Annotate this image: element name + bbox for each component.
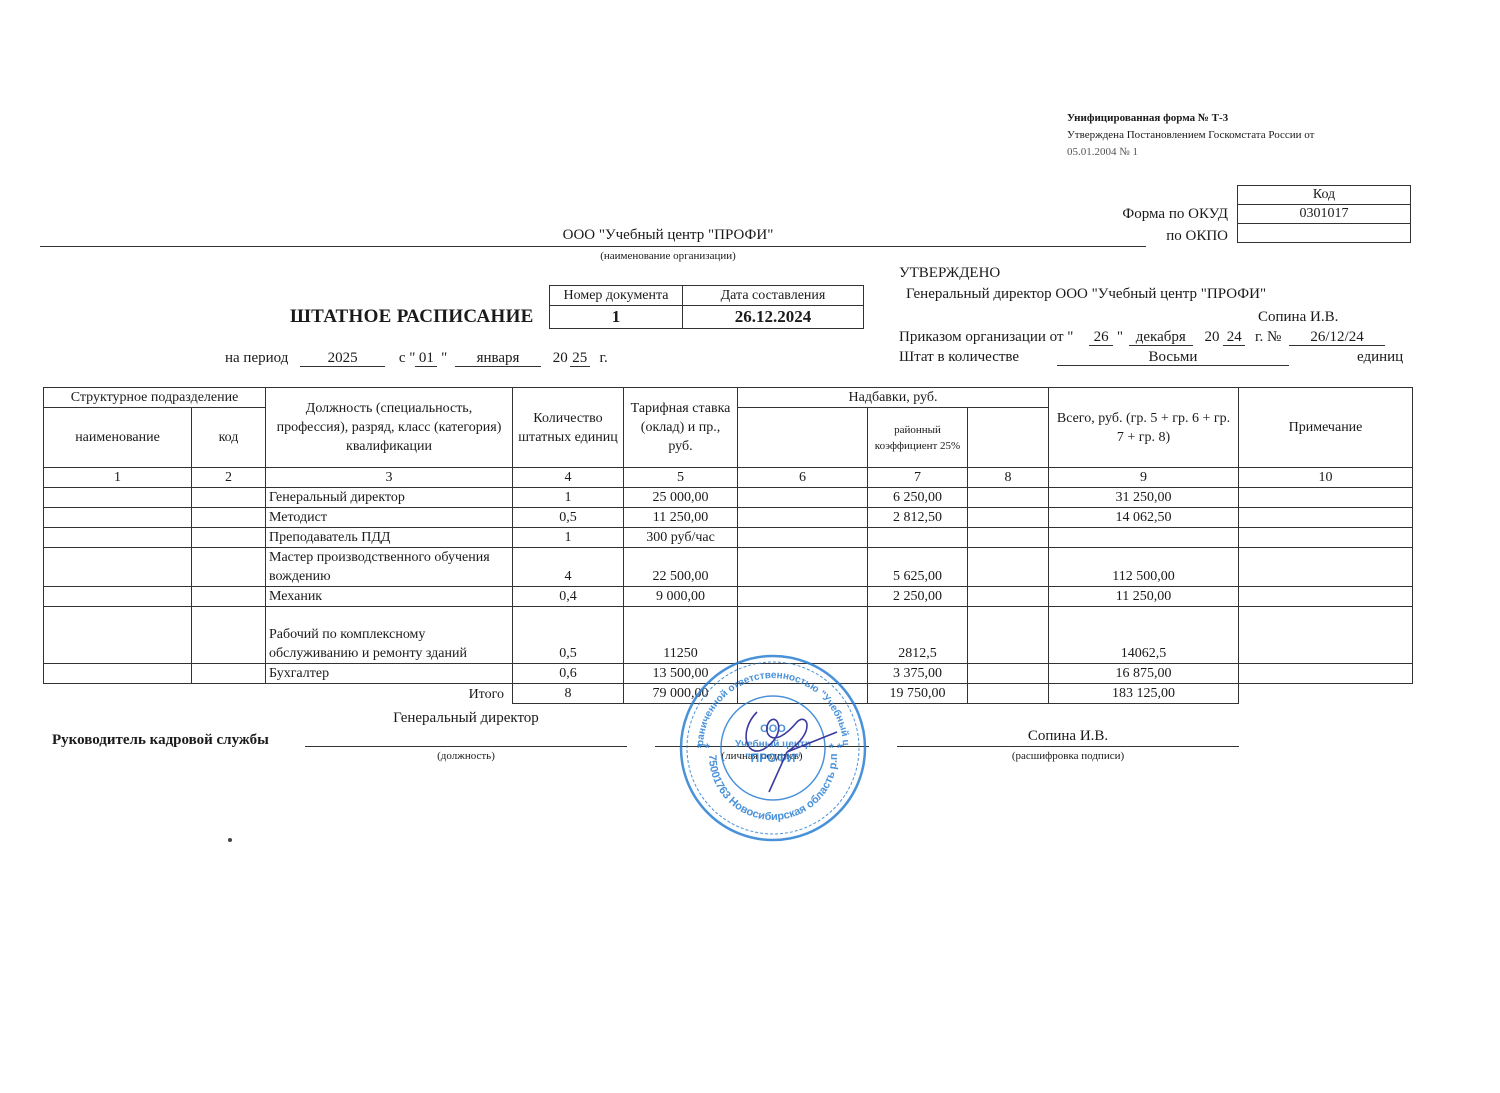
cell-a6 [738, 528, 868, 548]
document-number-table: Номер документа Дата составления 1 26.12… [549, 285, 864, 329]
cell-position: Мастер производственного обучения вожден… [266, 548, 513, 587]
period-century: 20 [553, 350, 568, 366]
cell-total: 14062,5 [1049, 607, 1239, 664]
cell-code [192, 607, 266, 664]
order-year: 24 [1223, 329, 1245, 346]
approval-title: УТВЕРЖДЕНО [899, 265, 1000, 282]
period-day: 01 [415, 350, 437, 367]
column-number-cell: 7 [868, 468, 968, 488]
okud-value: 0301017 [1238, 205, 1411, 224]
cell-division [44, 548, 192, 587]
cell-a8 [968, 587, 1049, 607]
cell-note [1239, 664, 1413, 684]
cell-position: Бухгалтер [266, 664, 513, 684]
cell-note [1239, 607, 1413, 664]
cell-rate: 9 000,00 [624, 587, 738, 607]
approval-position: Генеральный директор ООО "Учебный центр … [906, 286, 1266, 303]
staff-count: Восьми [1057, 349, 1289, 366]
cell-a6 [738, 508, 868, 528]
cell-a8 [968, 508, 1049, 528]
order-quote: " [1117, 329, 1123, 345]
cell-a8 [968, 664, 1049, 684]
cell-units: 0,6 [513, 664, 624, 684]
cell-units: 4 [513, 548, 624, 587]
position-line [305, 746, 627, 747]
cell-total: 16 875,00 [1049, 664, 1239, 684]
cell-code [192, 488, 266, 508]
order-number: 26/12/24 [1289, 329, 1385, 346]
name-line [897, 746, 1239, 747]
column-number-cell: 1 [44, 468, 192, 488]
cell-a7: 3 375,00 [868, 664, 968, 684]
cell-a6 [738, 587, 868, 607]
cell-division [44, 587, 192, 607]
cell-code [192, 528, 266, 548]
column-number-cell: 6 [738, 468, 868, 488]
period-label: на период [225, 350, 288, 366]
cell-a6 [738, 548, 868, 587]
cell-note [1239, 528, 1413, 548]
cell-division [44, 664, 192, 684]
cell-note [1239, 488, 1413, 508]
totals-note [1239, 684, 1413, 704]
doc-date: 26.12.2024 [683, 306, 864, 329]
cell-rate: 300 руб/час [624, 528, 738, 548]
cell-a8 [968, 528, 1049, 548]
column-number-cell: 10 [1239, 468, 1413, 488]
column-number-cell: 3 [266, 468, 513, 488]
cell-note [1239, 548, 1413, 587]
svg-text:ООО: ООО [760, 723, 786, 735]
okud-label: Форма по ОКУД [1122, 206, 1228, 223]
cell-rate: 11 250,00 [624, 508, 738, 528]
cell-position: Генеральный директор [266, 488, 513, 508]
cell-total [1049, 528, 1239, 548]
header-allowance-6 [738, 408, 868, 468]
cell-code [192, 508, 266, 528]
cell-a7: 5 625,00 [868, 548, 968, 587]
cell-note [1239, 587, 1413, 607]
form-header-line1: Унифицированная форма № Т-3 [1067, 110, 1314, 127]
totals-label: Итого [44, 684, 513, 704]
cell-a7: 2 250,00 [868, 587, 968, 607]
staff-unit: единиц [1357, 349, 1403, 366]
header-note: Примечание [1239, 388, 1413, 468]
table-row: Методист0,511 250,002 812,5014 062,50 [44, 508, 1413, 528]
doc-number: 1 [550, 306, 683, 329]
cell-division [44, 607, 192, 664]
column-number-cell: 4 [513, 468, 624, 488]
cell-a7: 2812,5 [868, 607, 968, 664]
column-number-cell: 8 [968, 468, 1049, 488]
order-day: 26 [1089, 329, 1113, 346]
cell-units: 0,5 [513, 508, 624, 528]
header-units: Количество штатных единиц [513, 388, 624, 468]
period-year-short: 25 [570, 350, 590, 367]
totals-total: 183 125,00 [1049, 684, 1239, 704]
header-position: Должность (специальность, профессия), ра… [266, 388, 513, 468]
cell-units: 1 [513, 488, 624, 508]
cell-division [44, 528, 192, 548]
staff-count-wrap: Восьми [1057, 349, 1289, 366]
svg-text:* *: * * [697, 741, 710, 755]
organization-caption: (наименование организации) [40, 250, 1146, 262]
header-division: Структурное подразделение [44, 388, 266, 408]
cell-units: 0,5 [513, 607, 624, 664]
code-header: Код [1238, 186, 1411, 205]
doc-number-label: Номер документа [550, 286, 683, 306]
cell-a7 [868, 528, 968, 548]
column-number-cell: 9 [1049, 468, 1239, 488]
organization-underline [40, 246, 1146, 247]
period-month: января [455, 350, 541, 367]
form-header: Унифицированная форма № Т-3 Утверждена П… [1067, 110, 1314, 161]
table-row: Генеральный директор125 000,006 250,0031… [44, 488, 1413, 508]
svg-text:* *: * * [829, 741, 842, 755]
table-row: Механик0,49 000,002 250,0011 250,00 [44, 587, 1413, 607]
period-suffix: г. [600, 350, 608, 366]
period-line: на период 2025 с "01 " января 2025 г. [225, 350, 608, 367]
cell-units: 0,4 [513, 587, 624, 607]
signature-position-value: Генеральный директор [305, 710, 627, 727]
cell-note [1239, 508, 1413, 528]
cell-position: Рабочий по комплексному обслуживанию и р… [266, 607, 513, 664]
cell-a8 [968, 607, 1049, 664]
okpo-value [1238, 224, 1411, 243]
period-from-label: с " [399, 350, 416, 366]
order-month: декабря [1129, 329, 1193, 346]
order-century: 20 [1205, 329, 1220, 345]
staff-label: Штат в количестве [899, 349, 1019, 366]
cell-position: Механик [266, 587, 513, 607]
header-allowances: Надбавки, руб. [738, 388, 1049, 408]
okpo-label: по ОКПО [1166, 228, 1228, 245]
cell-code [192, 548, 266, 587]
header-total: Всего, руб. (гр. 5 + гр. 6 + гр. 7 + гр.… [1049, 388, 1239, 468]
totals-a7: 19 750,00 [868, 684, 968, 704]
signature-name-value: Сопина И.В. [897, 728, 1239, 745]
cell-rate: 25 000,00 [624, 488, 738, 508]
column-numbers-row: 12345678910 [44, 468, 1413, 488]
cell-position: Методист [266, 508, 513, 528]
form-header-line3: 05.01.2004 № 1 [1067, 144, 1314, 161]
totals-a8 [968, 684, 1049, 704]
period-year: 2025 [300, 350, 385, 367]
signature-label: Руководитель кадровой службы [52, 732, 269, 749]
cell-total: 112 500,00 [1049, 548, 1239, 587]
doc-date-label: Дата составления [683, 286, 864, 306]
header-rate: Тарифная ставка (оклад) и пр., руб. [624, 388, 738, 468]
document-title: ШТАТНОЕ РАСПИСАНИЕ [290, 306, 534, 328]
form-header-line2: Утверждена Постановлением Госкомстата Ро… [1067, 127, 1314, 144]
header-allowance-7: районный коэффициент 25% [868, 408, 968, 468]
period-quote: " [441, 350, 447, 366]
position-caption: (должность) [305, 750, 627, 762]
svg-text:"ПРОФИ": "ПРОФИ" [745, 751, 801, 765]
cell-a7: 2 812,50 [868, 508, 968, 528]
cell-division [44, 508, 192, 528]
column-number-cell: 5 [624, 468, 738, 488]
cell-units: 1 [513, 528, 624, 548]
cell-division [44, 488, 192, 508]
company-stamp: Общество с ограниченной ответственностью… [677, 652, 869, 844]
cell-a8 [968, 488, 1049, 508]
header-division-name: наименование [44, 408, 192, 468]
table-row: Мастер производственного обучения вожден… [44, 548, 1413, 587]
name-caption: (расшифровка подписи) [897, 750, 1239, 762]
cell-a7: 6 250,00 [868, 488, 968, 508]
totals-units: 8 [513, 684, 624, 704]
code-box: Код 0301017 [1237, 185, 1411, 243]
cell-total: 31 250,00 [1049, 488, 1239, 508]
organization-name: ООО "Учебный центр "ПРОФИ" [40, 227, 1146, 244]
order-label: Приказом организации от " [899, 329, 1073, 345]
cell-rate: 22 500,00 [624, 548, 738, 587]
approval-name: Сопина И.В. [1258, 309, 1338, 326]
column-number-cell: 2 [192, 468, 266, 488]
table-row: Преподаватель ПДД1300 руб/час [44, 528, 1413, 548]
order-number-label: г. № [1255, 329, 1281, 345]
cell-code [192, 664, 266, 684]
scan-speck [228, 838, 232, 842]
cell-total: 11 250,00 [1049, 587, 1239, 607]
cell-a8 [968, 548, 1049, 587]
cell-code [192, 587, 266, 607]
header-allowance-8 [968, 408, 1049, 468]
cell-a6 [738, 488, 868, 508]
approval-order-line: Приказом организации от " 26 " декабря 2… [899, 329, 1385, 346]
cell-total: 14 062,50 [1049, 508, 1239, 528]
header-division-code: код [192, 408, 266, 468]
cell-position: Преподаватель ПДД [266, 528, 513, 548]
